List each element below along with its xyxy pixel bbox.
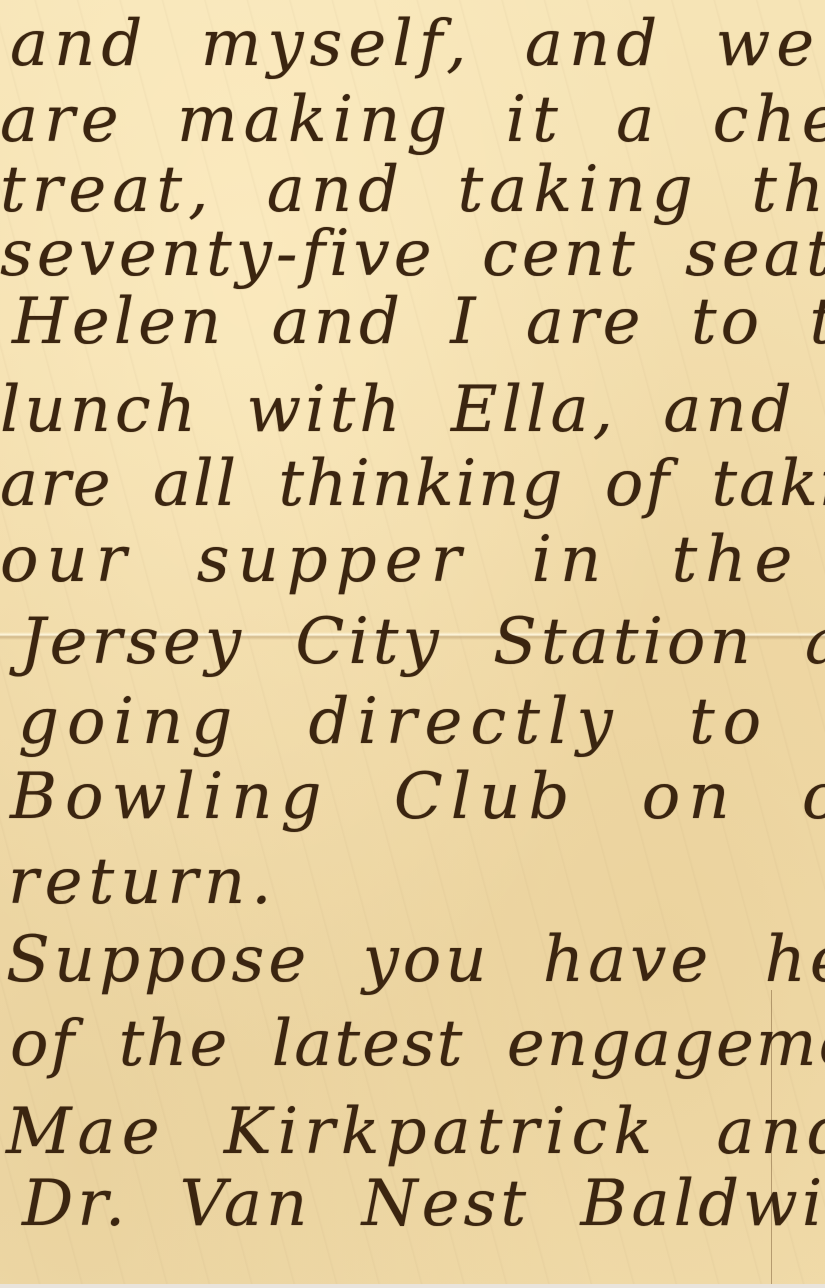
letter-line: Helen and I are to take	[12, 290, 825, 354]
letter-line: of the latest engagement,	[10, 1012, 825, 1076]
letter-line: are all thinking of taking	[0, 452, 825, 516]
letter-line: Suppose you have heard	[6, 928, 825, 992]
letter-line: Mae Kirkpatrick and	[6, 1100, 825, 1164]
letter-line: and myself, and we	[10, 12, 820, 76]
letter-line: treat, and taking the	[0, 158, 825, 222]
letter-line: lunch with Ella, and we	[0, 378, 825, 442]
letter-line: are making it a cheap	[0, 88, 825, 152]
letter-line: our supper in the	[0, 528, 800, 592]
letter-page: and myself, and we are making it a cheap…	[0, 0, 825, 1288]
letter-line: Bowling Club on our	[10, 765, 825, 829]
letter-line: Dr. Van Nest Baldwin?	[22, 1172, 825, 1236]
letter-line: going directly to the	[18, 690, 825, 754]
letter-line: Jersey City Station and	[20, 610, 825, 674]
letter-line: return.	[8, 850, 278, 914]
letter-line: seventy-five cent seats.	[0, 222, 825, 286]
scan-border	[0, 1284, 825, 1288]
